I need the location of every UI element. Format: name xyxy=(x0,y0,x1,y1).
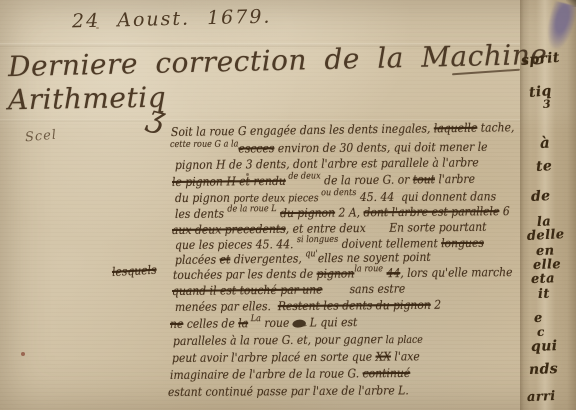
edge-fragment: qui xyxy=(531,339,558,354)
manuscript-word: celles de xyxy=(183,316,238,331)
manuscript-word: 45. 44 qui donnent dans xyxy=(356,189,496,204)
manuscript-line: lesquels xyxy=(112,264,157,278)
ink-blot-mark xyxy=(293,320,307,328)
manuscript-word: divergentes, xyxy=(230,251,305,266)
manuscript-word: placées xyxy=(175,252,220,267)
manuscript-word: 3 xyxy=(542,97,551,111)
manuscript-word: du pignon xyxy=(280,206,335,220)
edge-fragment: à xyxy=(540,135,551,151)
manuscript-word: si longues xyxy=(297,235,338,245)
manuscript-word: paralleles à la roue G. et, pour gagner xyxy=(173,332,386,348)
edge-fragment: te xyxy=(536,159,553,174)
manuscript-word: environ de 30 dents, qui doit mener le xyxy=(274,140,487,155)
manuscript-line: pignon H de 3 dents, dont l'arbre est pa… xyxy=(175,156,479,171)
manuscript-word: lesquels xyxy=(112,263,157,279)
manuscript-line: touchées par les dents de pignonla roue … xyxy=(173,266,513,282)
manuscript-line: imaginaire de l'arbre de la roue G. cont… xyxy=(170,367,410,381)
manuscript-word: continué xyxy=(363,366,411,380)
manuscript-word: doivent tellement xyxy=(338,236,441,251)
edge-fragment: e xyxy=(534,312,543,325)
manuscript-line: quand il est touché par unesans estre xyxy=(172,283,405,297)
edge-fragment: delle xyxy=(527,228,565,243)
manuscript-line: du pignon porte deux pieces ou dents 45.… xyxy=(175,190,496,205)
manuscript-word: 6 xyxy=(499,204,509,218)
manuscript-word: Restent les dents du pignon xyxy=(278,298,431,313)
manuscript-word: te xyxy=(536,158,553,175)
manuscript-word: le pignon H et rendu xyxy=(172,174,286,189)
manuscript-word: eta xyxy=(531,271,555,287)
manuscript-line: placées et divergentes, qu'elles ne soye… xyxy=(175,251,431,267)
manuscript-word: c xyxy=(537,325,545,339)
manuscript-word: à xyxy=(540,133,551,152)
manuscript-word: quand il est touché par une xyxy=(172,282,323,298)
manuscript-word: imaginaire de l'arbre de la roue G. xyxy=(170,366,363,382)
edge-fragment: eta xyxy=(531,272,555,286)
edge-fragment: it xyxy=(538,288,550,301)
manuscript-word: de deux xyxy=(286,171,321,181)
manuscript-line: aux deux precedents, et entre deuxEn sor… xyxy=(172,221,487,236)
manuscript-word: longues xyxy=(441,236,484,250)
manuscript-word: l'arbre xyxy=(435,172,475,186)
manuscript-word: sans estre xyxy=(322,282,405,297)
edge-fragment: nds xyxy=(529,362,559,377)
manuscript-word: En sorte pourtant xyxy=(366,220,487,235)
manuscript-word: sprit xyxy=(520,50,560,69)
margin-note: Scel xyxy=(24,128,57,146)
manuscript-word: la place xyxy=(386,334,423,346)
manuscript-line: ne celles de la La roue L qui est xyxy=(170,316,358,331)
manuscript-word: dont l'arbre est parallele xyxy=(363,204,499,219)
manuscript-line: le pignon H et rendu de deux de la roue … xyxy=(172,173,475,189)
manuscript-word: La xyxy=(248,314,261,324)
manuscript-word: 2 xyxy=(431,298,441,312)
manuscript-word: la roue xyxy=(354,264,383,274)
manuscript-line: estant continué passe par l'axe de l'arb… xyxy=(168,384,409,398)
manuscript-word: du pignon xyxy=(175,191,234,205)
manuscript-word: 2 A, xyxy=(335,205,364,219)
manuscript-word: , et entre deux xyxy=(286,221,366,236)
edge-fragment: 3 xyxy=(543,98,552,110)
paper-speck xyxy=(21,352,25,356)
manuscript-word: aux deux precedents xyxy=(172,222,286,237)
manuscript-line: peut avoir l'arbre placé en sorte que XX… xyxy=(172,350,420,364)
manuscript-word: nds xyxy=(529,361,559,378)
manuscript-word: qui xyxy=(531,338,558,355)
manuscript-word: elles ne soyent point xyxy=(318,250,431,265)
edge-fragment: arri xyxy=(527,390,556,404)
manuscript-word: it xyxy=(538,287,550,302)
manuscript-word: touchées par les dents de xyxy=(173,267,317,282)
manuscript-photo: 24 Aoust. 1679. Derniere correction de l… xyxy=(0,0,576,410)
manuscript-word: arri xyxy=(527,389,556,405)
manuscript-word: de xyxy=(531,188,551,205)
manuscript-word: cette roue G a la xyxy=(170,140,238,150)
manuscript-word: L qui est xyxy=(306,315,357,330)
manuscript-word: 44 xyxy=(386,266,400,280)
edge-fragment: c xyxy=(537,326,545,338)
date-heading: 24 Aoust. 1679. xyxy=(72,6,272,33)
edge-fragment: elle xyxy=(533,258,561,272)
manuscript-word: escces xyxy=(238,141,274,155)
manuscript-word: Soit la roue G engagée dans les dents in… xyxy=(171,121,434,139)
manuscript-word: les dents xyxy=(175,207,228,221)
manuscript-word: qu' xyxy=(305,249,318,259)
manuscript-word: que les pieces 45. 44. xyxy=(175,237,297,252)
manuscript-word: l'axe xyxy=(391,349,420,363)
edge-fragment: de xyxy=(531,189,551,204)
title-line-2: Arithmetiq xyxy=(8,81,167,117)
manuscript-word: ou dents xyxy=(318,188,356,198)
manuscript-word: menées par elles. xyxy=(175,299,278,314)
manuscript-word: ne xyxy=(170,317,184,331)
manuscript-word: laquelle xyxy=(434,121,478,136)
edge-fragment: sprit xyxy=(520,51,560,68)
manuscript-line: paralleles à la roue G. et, pour gagner … xyxy=(173,333,423,348)
manuscript-word: e xyxy=(534,311,543,326)
manuscript-word: de la roue L xyxy=(227,204,276,214)
manuscript-word: et xyxy=(220,252,231,266)
manuscript-word: porte deux pieces xyxy=(233,192,318,204)
manuscript-word: la xyxy=(238,316,248,330)
manuscript-word: XX xyxy=(376,349,391,363)
manuscript-word: pignon H de 3 dents, dont l'arbre est pa… xyxy=(175,155,479,172)
manuscript-line: que les pieces 45. 44. si longues doiven… xyxy=(175,237,484,252)
manuscript-line: Soit la roue G engagée dans les dents in… xyxy=(171,121,515,138)
manuscript-word: tache, xyxy=(477,120,514,135)
manuscript-word: roue xyxy=(261,316,293,330)
manuscript-line: cette roue G a laescces environ de 30 de… xyxy=(170,141,488,156)
manuscript-line: les dents de la roue L du pignon 2 A, do… xyxy=(175,205,510,221)
edge-fragment: en xyxy=(536,244,555,258)
manuscript-word: tout xyxy=(413,172,435,186)
manuscript-word: pignon xyxy=(317,266,355,280)
manuscript-word: peut avoir l'arbre placé en sorte que xyxy=(172,350,376,365)
manuscript-word: , lors qu'elle marche xyxy=(400,265,512,280)
manuscript-word: de la roue G. or xyxy=(321,172,413,187)
manuscript-line: menées par elles. Restent les dents du p… xyxy=(175,299,441,313)
manuscript-word: estant continué passe par l'axe de l'arb… xyxy=(168,383,409,399)
manuscript-word: delle xyxy=(527,227,565,244)
